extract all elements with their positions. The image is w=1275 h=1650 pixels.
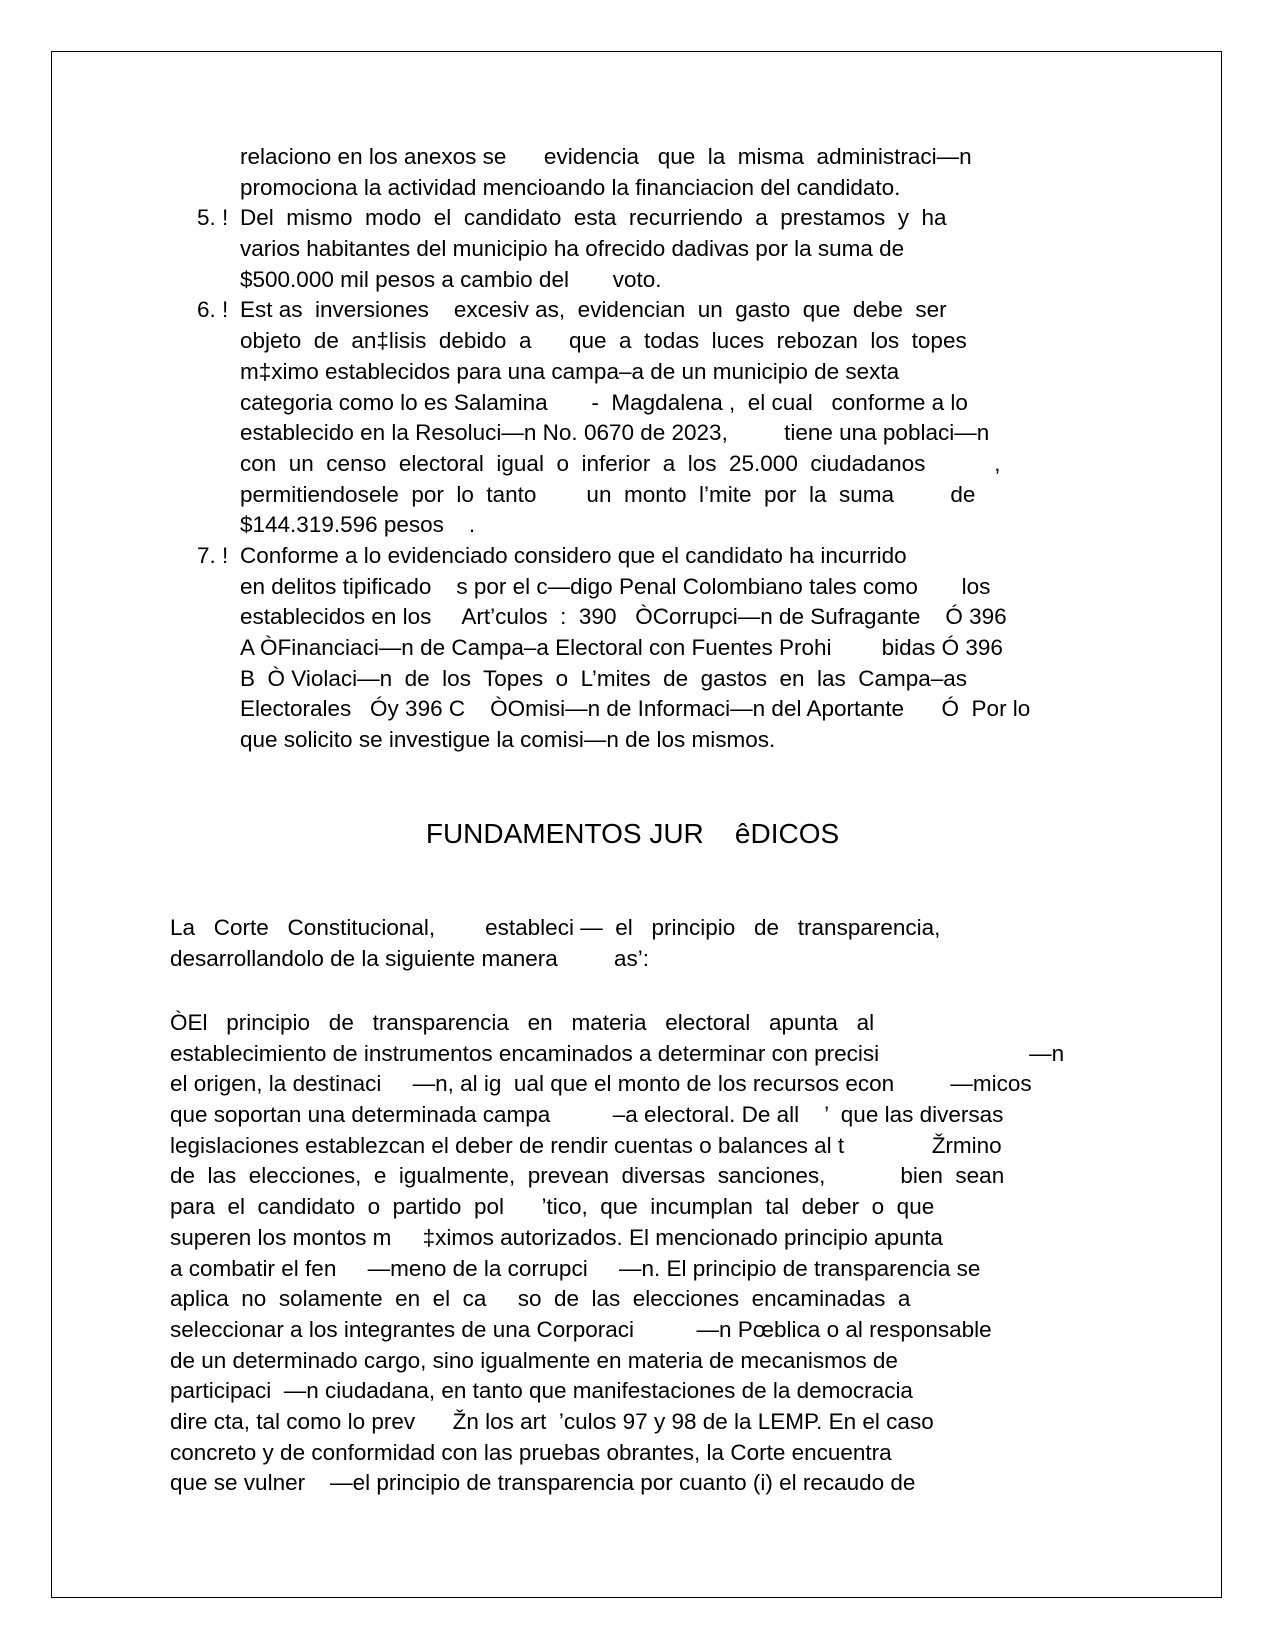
text-line: categoria como lo es Salamina - Magdalen… — [197, 388, 1137, 419]
text-line: seleccionar a los integrantes de una Cor… — [170, 1315, 1150, 1346]
text-line: el origen, la destinaci —n, al ig ual qu… — [170, 1069, 1150, 1100]
text-line: permitiendosele por lo tanto un monto l’… — [197, 480, 1137, 511]
text-line: establecido en la Resoluci—n No. 0670 de… — [197, 418, 1137, 449]
text-line: promociona la actividad mencioando la fi… — [197, 173, 1137, 204]
list-number: 7. ! — [197, 541, 240, 572]
text-line: B Ò Violaci—n de los Topes o L’mites de … — [197, 664, 1137, 695]
document-page: relaciono en los anexos se evidencia que… — [0, 0, 1275, 1650]
text-line: 7. !Conforme a lo evidenciado considero … — [197, 541, 1137, 572]
text-line: aplica no solamente en el ca so de las e… — [170, 1284, 1150, 1315]
line-text: a combatir el fen —meno de la corrupci —… — [170, 1256, 980, 1281]
line-text: participaci —n ciudadana, en tanto que m… — [170, 1378, 913, 1403]
line-text: establecimiento de instrumentos encamina… — [170, 1041, 1064, 1066]
text-line: concreto y de conformidad con las prueba… — [170, 1438, 1150, 1469]
line-text: desarrollandolo de la siguiente manera a… — [170, 946, 649, 971]
list-number: 6. ! — [197, 295, 240, 326]
line-text: establecido en la Resoluci—n No. 0670 de… — [240, 420, 989, 445]
text-line: legislaciones establezcan el deber de re… — [170, 1131, 1150, 1162]
text-line: que soportan una determinada campa –a el… — [170, 1100, 1150, 1131]
line-text: relaciono en los anexos se evidencia que… — [240, 144, 972, 169]
line-text: establecidos en los Art’culos : 390 ÒCor… — [240, 604, 1007, 629]
numbered-list-block: relaciono en los anexos se evidencia que… — [197, 142, 1137, 756]
text-line: $500.000 mil pesos a cambio del voto. — [197, 265, 1137, 296]
line-text: Electorales Óy 396 C ÒOmisi—n de Informa… — [240, 696, 1030, 721]
text-line: La Corte Constitucional, estableci — el … — [170, 913, 1130, 944]
text-line: de las elecciones, e igualmente, prevean… — [170, 1161, 1150, 1192]
text-line: $144.319.596 pesos . — [197, 510, 1137, 541]
line-text: aplica no solamente en el ca so de las e… — [170, 1286, 910, 1311]
text-line: que se vulner —el principio de transpare… — [170, 1468, 1150, 1499]
line-text: La Corte Constitucional, estableci — el … — [170, 915, 940, 940]
text-line: m‡ximo establecidos para una campa–a de … — [197, 357, 1137, 388]
line-text: A ÒFinanciaci—n de Campa–a Electoral con… — [240, 635, 1003, 660]
text-line: establecidos en los Art’culos : 390 ÒCor… — [197, 602, 1137, 633]
text-line: 6. !Est as inversiones excesiv as, evide… — [197, 295, 1137, 326]
section-heading: FUNDAMENTOS JUR êDICOS — [195, 818, 1070, 850]
line-text: seleccionar a los integrantes de una Cor… — [170, 1317, 992, 1342]
line-text: Est as inversiones excesiv as, evidencia… — [240, 297, 947, 322]
line-text: m‡ximo establecidos para una campa–a de … — [240, 359, 899, 384]
line-text: que se vulner —el principio de transpare… — [170, 1470, 915, 1495]
line-text: que solicito se investigue la comisi—n d… — [240, 727, 775, 752]
text-line: participaci —n ciudadana, en tanto que m… — [170, 1376, 1150, 1407]
line-text: que soportan una determinada campa –a el… — [170, 1102, 1003, 1127]
line-text: en delitos tipificado s por el c—digo Pe… — [240, 574, 990, 599]
line-text: de un determinado cargo, sino igualmente… — [170, 1348, 898, 1373]
text-line: establecimiento de instrumentos encamina… — [170, 1039, 1150, 1070]
text-line: relaciono en los anexos se evidencia que… — [197, 142, 1137, 173]
text-line: a combatir el fen —meno de la corrupci —… — [170, 1254, 1150, 1285]
line-text: permitiendosele por lo tanto un monto l’… — [240, 482, 975, 507]
line-text: Del mismo modo el candidato esta recurri… — [240, 205, 947, 230]
line-text: superen los montos m ‡ximos autorizados.… — [170, 1225, 943, 1250]
text-line: superen los montos m ‡ximos autorizados.… — [170, 1223, 1150, 1254]
line-text: de las elecciones, e igualmente, prevean… — [170, 1163, 1004, 1188]
text-line: 5. !Del mismo modo el candidato esta rec… — [197, 203, 1137, 234]
text-line: con un censo electoral igual o inferior … — [197, 449, 1137, 480]
text-line: que solicito se investigue la comisi—n d… — [197, 725, 1137, 756]
paragraph-quote: ÒEl principio de transparencia en materi… — [170, 1008, 1150, 1499]
line-text: categoria como lo es Salamina - Magdalen… — [240, 390, 968, 415]
line-text: para el candidato o partido pol ’tico, q… — [170, 1194, 934, 1219]
text-line: de un determinado cargo, sino igualmente… — [170, 1346, 1150, 1377]
line-text: concreto y de conformidad con las prueba… — [170, 1440, 892, 1465]
text-line: Electorales Óy 396 C ÒOmisi—n de Informa… — [197, 694, 1137, 725]
paragraph-intro: La Corte Constitucional, estableci — el … — [170, 913, 1130, 974]
line-text: ÒEl principio de transparencia en materi… — [170, 1010, 874, 1035]
text-line: para el candidato o partido pol ’tico, q… — [170, 1192, 1150, 1223]
line-text: $500.000 mil pesos a cambio del voto. — [240, 267, 662, 292]
text-line: dire cta, tal como lo prev Žn los art ’c… — [170, 1407, 1150, 1438]
line-text: dire cta, tal como lo prev Žn los art ’c… — [170, 1409, 934, 1434]
line-text: B Ò Violaci—n de los Topes o L’mites de … — [240, 666, 967, 691]
line-text: objeto de an‡lisis debido a que a todas … — [240, 328, 967, 353]
line-text: Conforme a lo evidenciado considero que … — [240, 543, 907, 568]
text-line: varios habitantes del municipio ha ofrec… — [197, 234, 1137, 265]
text-line: A ÒFinanciaci—n de Campa–a Electoral con… — [197, 633, 1137, 664]
line-text: con un censo electoral igual o inferior … — [240, 451, 1000, 476]
line-text: el origen, la destinaci —n, al ig ual qu… — [170, 1071, 1032, 1096]
list-number: 5. ! — [197, 203, 240, 234]
line-text: legislaciones establezcan el deber de re… — [170, 1133, 1002, 1158]
line-text: promociona la actividad mencioando la fi… — [240, 175, 900, 200]
text-line: ÒEl principio de transparencia en materi… — [170, 1008, 1150, 1039]
text-line: en delitos tipificado s por el c—digo Pe… — [197, 572, 1137, 603]
text-line: desarrollandolo de la siguiente manera a… — [170, 944, 1130, 975]
text-line: objeto de an‡lisis debido a que a todas … — [197, 326, 1137, 357]
line-text: $144.319.596 pesos . — [240, 512, 475, 537]
line-text: varios habitantes del municipio ha ofrec… — [240, 236, 904, 261]
